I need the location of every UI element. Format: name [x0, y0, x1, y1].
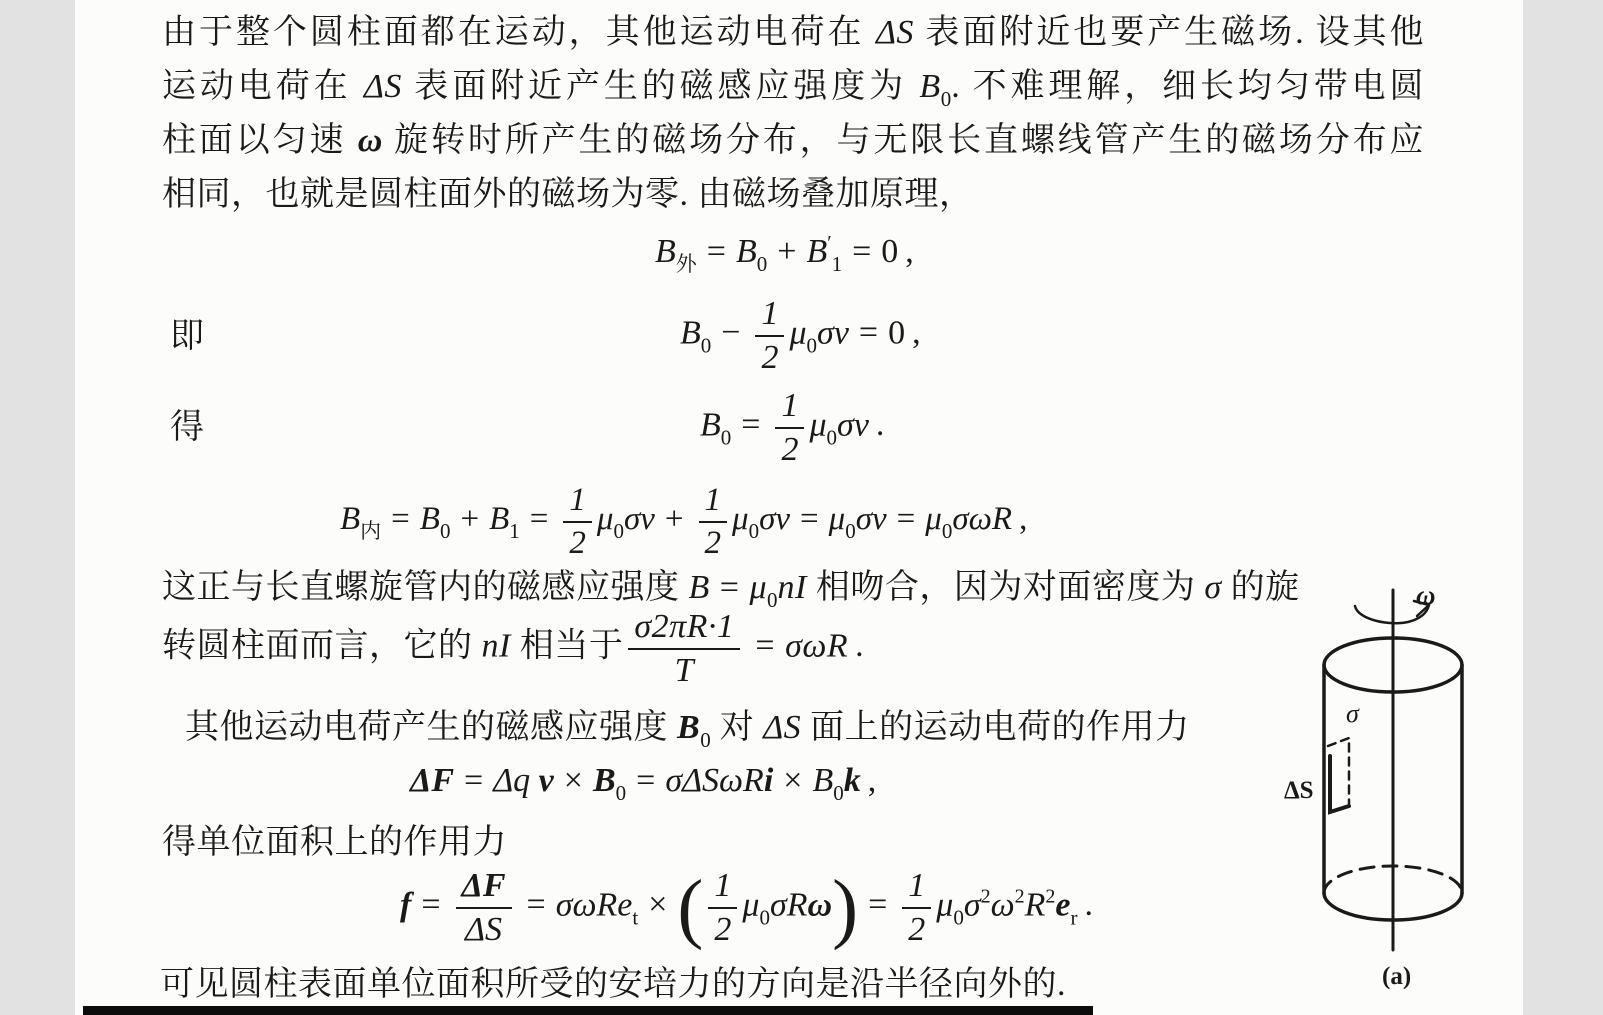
math-token: 0	[941, 87, 952, 111]
paragraph1-line3: 柱面以匀速 ω 旋转时所产生的磁场分布，与无限长直螺线管产生的磁场分布应	[162, 114, 1424, 168]
math-token: σΔSωR	[665, 762, 764, 799]
paragraph1-line4: 相同，也就是圆柱面外的磁场为零. 由磁场叠加原理，	[162, 168, 974, 222]
math-token: B	[700, 406, 721, 443]
fraction: σ2πR·1T	[628, 609, 740, 688]
fraction: 12	[755, 296, 784, 375]
text-run: 柱面以匀速	[162, 122, 358, 159]
math-token: =	[636, 762, 655, 799]
equation-b-inner: B内=B0+B1=12μ0σv+12μ0σv=μ0σv=μ0σωR,	[340, 483, 1027, 560]
math-token: =	[800, 501, 819, 537]
delta-s-patch-edge	[1330, 756, 1349, 812]
math-token: =	[421, 886, 440, 923]
scan-edge-artifact	[83, 1006, 1093, 1015]
delta-s-label: ΔS	[1284, 777, 1314, 804]
math-token: 0	[833, 781, 844, 805]
math-token: ω	[358, 122, 383, 159]
text-run: 其他运动电荷产生的磁感应强度	[185, 709, 677, 746]
math-token: 0	[942, 519, 953, 543]
text-run: 相同，也就是圆柱面外的磁场为零. 由磁场叠加原理，	[162, 176, 974, 213]
fraction: ΔFΔS	[456, 868, 512, 947]
equation-b0-result: B0=12μ0σv.	[700, 388, 884, 467]
math-token: 0	[845, 519, 856, 543]
math-token: =	[391, 501, 410, 537]
math-token: σωR	[556, 886, 618, 923]
math-token: 0	[440, 519, 451, 543]
math-token: ω	[991, 886, 1015, 923]
math-token: 0	[759, 905, 770, 929]
math-token: 1	[832, 252, 843, 276]
math-token: 0	[700, 728, 711, 752]
math-token: t	[632, 905, 638, 929]
math-token: nI	[482, 627, 511, 664]
math-token: e	[617, 886, 632, 923]
connector-gives: 得	[170, 401, 205, 455]
math-token: 0	[701, 333, 712, 357]
math-token: Δq	[493, 762, 530, 799]
math-token: i	[764, 762, 773, 799]
math-token: ×	[783, 762, 802, 799]
equation-b0-balance: B0−12μ0σv=0,	[680, 296, 921, 375]
paragraph2-line2: 转圆柱面而言，它的 nI 相当于σ2πR·1T=σωR.	[162, 609, 864, 688]
math-token: 内	[360, 519, 381, 543]
math-token: σωR	[785, 627, 848, 664]
math-token: σ	[1204, 569, 1221, 606]
math-token: σv	[759, 501, 790, 537]
math-token: σ	[964, 886, 981, 923]
math-token: B	[489, 501, 509, 537]
text-run: 转圆柱面而言，它的	[162, 627, 482, 664]
math-token: =	[859, 314, 878, 351]
math-token: μ	[809, 406, 826, 443]
math-token: B	[689, 569, 710, 606]
equation-f-per-area: f=ΔFΔS=σωRet×(12μ0σRω)=12μ0σ2ω2R2er.	[400, 868, 1093, 947]
fraction: 12	[775, 388, 804, 467]
paragraph1-line1: 由于整个圆柱面都在运动，其他运动电荷在 ΔS 表面附近也要产生磁场. 设其他	[162, 6, 1424, 60]
math-token: ,	[1019, 501, 1027, 537]
line-unit-force: 得单位面积上的作用力	[162, 816, 507, 870]
math-token: +	[460, 501, 479, 537]
math-token: k	[844, 762, 861, 799]
math-token: ω	[807, 886, 832, 923]
math-token: 1	[509, 519, 520, 543]
math-token: nI	[778, 569, 807, 606]
math-token: 2	[1015, 885, 1025, 907]
math-token: B	[420, 501, 440, 537]
math-token: .	[876, 406, 885, 443]
math-token: σv	[817, 314, 849, 351]
fraction: 12	[902, 868, 931, 947]
math-token: σR	[770, 886, 808, 923]
math-token: 0	[881, 233, 898, 270]
math-token: +	[777, 233, 796, 270]
math-token: =	[852, 233, 871, 270]
math-token: 2	[1045, 885, 1055, 907]
math-token: =	[755, 627, 775, 664]
math-token: +	[665, 501, 684, 537]
math-token: B	[736, 233, 757, 270]
math-token: 0	[616, 781, 627, 805]
math-token: B	[340, 501, 360, 537]
math-token: 2	[981, 885, 991, 907]
sigma-label: σ	[1346, 699, 1360, 728]
math-token: =	[868, 886, 887, 923]
math-token: =	[720, 569, 740, 606]
line-conclusion: 可见圆柱表面单位面积所受的安培力的方向是沿半径向外的.	[160, 958, 1066, 1012]
math-token: r	[1071, 905, 1078, 929]
math-token: ×	[564, 762, 583, 799]
connector-then: 即	[170, 310, 205, 364]
math-token: 0	[888, 314, 905, 351]
math-token: B	[812, 762, 833, 799]
math-token: .	[855, 627, 864, 664]
math-token: ΔS	[364, 68, 402, 105]
figure-caption: (a)	[1382, 963, 1411, 990]
text-run: 相当于	[511, 627, 624, 664]
equation-delta-f: ΔF=Δq v×B0=σΔSωRi×B0k,	[410, 762, 876, 805]
math-token: =	[530, 501, 549, 537]
math-token: =	[527, 886, 546, 923]
text-run: 表面附近产生的磁感应强度为	[402, 68, 920, 105]
math-token: μ	[789, 314, 806, 351]
fraction: 12	[708, 868, 737, 947]
text-run: . 不难理解，细长均匀带电圆	[951, 68, 1424, 105]
cylinder-figure: ω σ ΔS (a)	[1270, 560, 1505, 990]
math-token: B	[677, 709, 700, 746]
math-token: B	[655, 233, 676, 270]
math-token: v	[530, 762, 554, 799]
math-token: μ	[732, 501, 749, 537]
math-token: −	[721, 314, 740, 351]
math-token: R	[1025, 886, 1046, 923]
math-token: .	[1085, 886, 1094, 923]
math-token: ΔS	[763, 709, 801, 746]
paragraph3-line1: 其他运动电荷产生的磁感应强度 B0 对 ΔS 面上的运动电荷的作用力	[185, 701, 1190, 767]
math-token: σωR	[952, 501, 1012, 537]
math-token: ,	[905, 233, 914, 270]
math-token: 0	[953, 905, 964, 929]
omega-label: ω	[1416, 580, 1436, 610]
math-token: ΔF	[410, 762, 454, 799]
math-token: 0	[807, 333, 818, 357]
math-token: 外	[676, 252, 697, 276]
math-token: σv	[624, 501, 655, 537]
math-token: 0	[827, 425, 838, 449]
book-page: 由于整个圆柱面都在运动，其他运动电荷在 ΔS 表面附近也要产生磁场. 设其他 运…	[75, 0, 1523, 1015]
math-token: =	[897, 501, 916, 537]
math-token: σv	[856, 501, 887, 537]
math-token: μ	[749, 569, 767, 606]
text-run: 运动电荷在	[162, 68, 364, 105]
math-token: ,	[912, 314, 921, 351]
math-token: μ	[829, 501, 846, 537]
math-token: μ	[597, 501, 614, 537]
text-run: 面上的运动电荷的作用力	[801, 709, 1190, 746]
math-token: 0	[613, 519, 624, 543]
math-token: )	[832, 864, 858, 951]
math-token: μ	[925, 501, 942, 537]
math-token: =	[741, 406, 760, 443]
math-token: σv	[837, 406, 869, 443]
math-token: ′	[827, 232, 831, 254]
math-token: μ	[936, 886, 953, 923]
math-token: B	[806, 233, 827, 270]
math-token: ΔS	[876, 14, 914, 51]
math-token: 0	[749, 519, 760, 543]
fraction: 12	[563, 483, 592, 560]
text-run: 相吻合，因为对面密度为	[807, 569, 1205, 606]
math-token: =	[464, 762, 483, 799]
math-token: (	[677, 864, 703, 951]
math-token: μ	[742, 886, 759, 923]
fraction: 12	[699, 483, 728, 560]
math-token: B	[680, 314, 701, 351]
text-run: 由于整个圆柱面都在运动，其他运动电荷在	[162, 14, 876, 51]
text-run: 对	[711, 709, 764, 746]
math-token: B	[919, 68, 940, 105]
math-token: 0	[757, 252, 768, 276]
math-token: e	[1055, 886, 1070, 923]
text-run: 表面附近也要产生磁场. 设其他	[914, 14, 1424, 51]
math-token: ,	[868, 762, 877, 799]
text-run: 这正与长直螺旋管内的磁感应强度	[162, 569, 689, 606]
text-run: 旋转时所产生的磁场分布，与无限长直螺线管产生的磁场分布应	[383, 122, 1424, 159]
math-token: B	[593, 762, 616, 799]
math-token: 0	[721, 425, 732, 449]
equation-b-outer: B外=B0+B′1=0,	[655, 232, 914, 276]
math-token: ×	[648, 886, 667, 923]
math-token: f	[400, 886, 411, 923]
math-token: =	[707, 233, 726, 270]
